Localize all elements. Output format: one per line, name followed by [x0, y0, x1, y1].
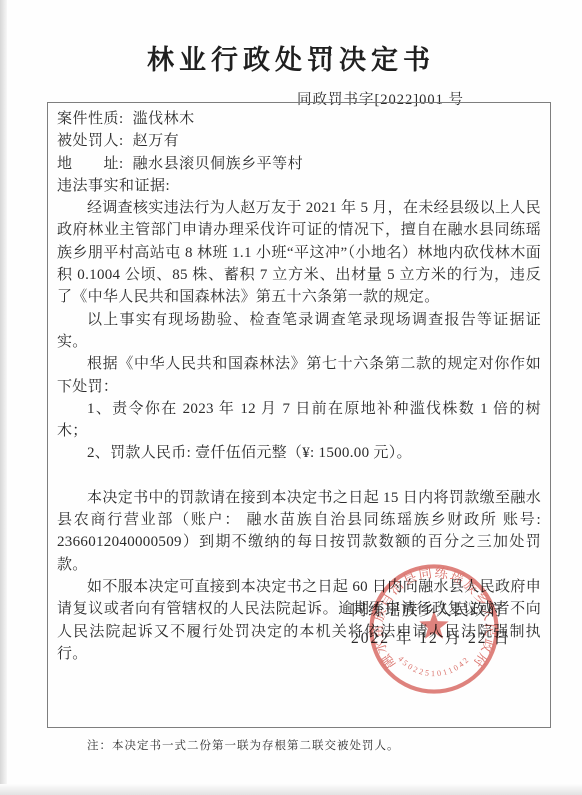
paragraph-facts: 经调查核实违法行为人赵万友于 2021 年 5 月，在未经县级以上人民政府林业主… [57, 197, 541, 308]
svg-text:4502251011042: 4502251011042 [396, 654, 472, 678]
seal-star-icon [419, 611, 448, 639]
field-address-value: 融水县滚贝侗族乡平等村 [133, 156, 304, 172]
penalty-decision-document: 林业行政处罚决定书 同政罚书字[2022]001 号 案件性质:滥伐林木 被处罚… [0, 0, 582, 795]
field-punished-person-value: 赵万有 [133, 133, 180, 149]
seal-code-text: 4502251011042 [396, 654, 472, 678]
document-title: 林业行政处罚决定书 [0, 0, 582, 77]
field-case-nature-value: 滥伐林木 [133, 111, 195, 127]
document-body-box: 案件性质:滥伐林木 被处罚人:赵万有 地 址:融水县滚贝侗族乡平等村 违法事实和… [47, 102, 551, 728]
paragraph-evidence: 以上事实有现场勘验、检查笔录调查笔录现场调查报告等证据证实。 [57, 309, 541, 354]
scan-edge-bottom [0, 784, 582, 795]
facts-heading: 违法事实和证据: [57, 175, 541, 197]
scan-edge-left [0, 0, 7, 795]
paragraph-penalty-item-2: 2、罚款人民币: 壹仟伍佰元整（¥: 1500.00 元）。 [57, 442, 541, 464]
official-seal-stamp-icon: 融水苗族自治县同练瑶族乡人民政府 4502251011042 [366, 561, 502, 697]
field-address: 地 址:融水县滚贝侗族乡平等村 [57, 153, 541, 175]
field-case-nature-label: 案件性质: [57, 111, 124, 127]
field-case-nature: 案件性质:滥伐林木 [57, 108, 541, 130]
field-punished-person: 被处罚人:赵万有 [57, 130, 541, 152]
field-punished-person-label: 被处罚人: [57, 133, 124, 149]
footer-note: 注：本决定书一式二份第一联为存根第二联交被处罚人。 [87, 737, 400, 753]
field-address-label: 地 址: [57, 156, 124, 172]
paragraph-legal-basis: 根据《中华人民共和国森林法》第七十六条第二款的规定对你作如下处罚： [57, 353, 541, 398]
paragraph-penalty-item-1: 1、责令你在 2023 年 12 月 7 日前在原地补种滥伐株数 1 倍的树木； [57, 398, 541, 443]
